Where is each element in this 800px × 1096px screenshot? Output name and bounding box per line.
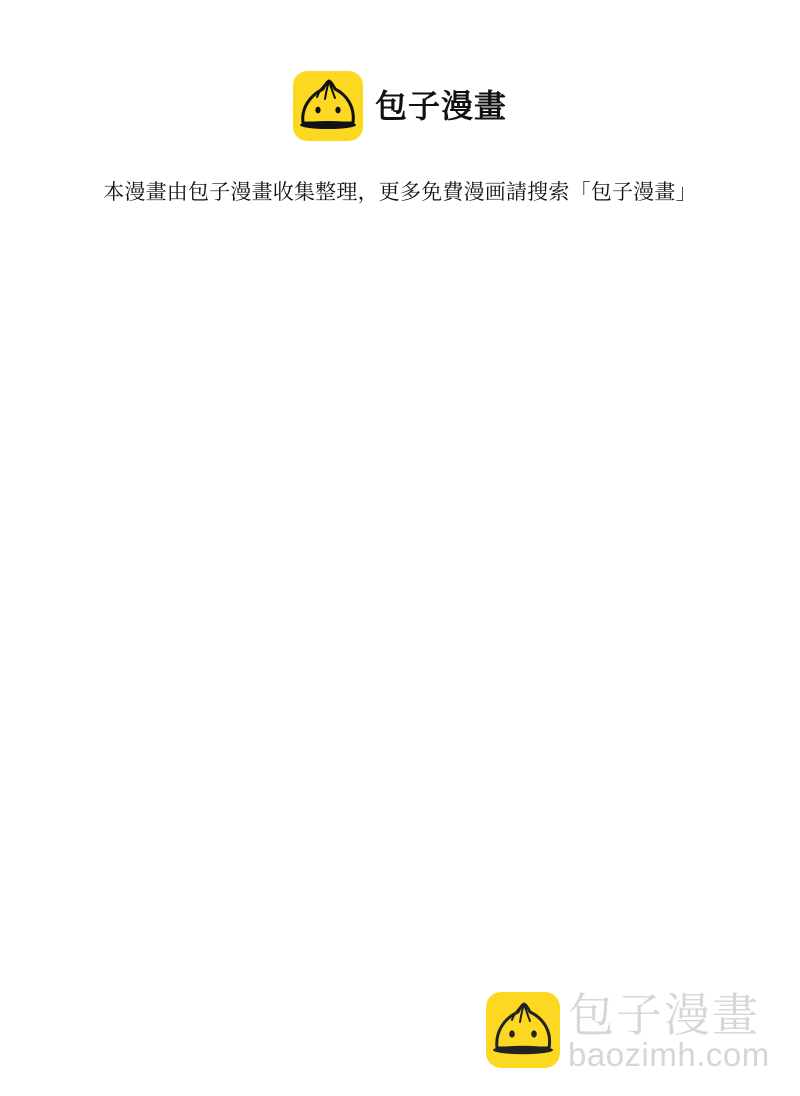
steamed-bun-icon: [293, 71, 363, 141]
watermark-text: 包子漫畫 baozimh.com: [568, 990, 770, 1070]
watermark-domain: baozimh.com: [568, 1040, 770, 1070]
brand-lockup: 包子漫畫: [293, 71, 507, 141]
watermark: 包子漫畫 baozimh.com: [486, 990, 786, 1070]
header: 包子漫畫: [0, 71, 800, 141]
steamed-bun-icon: [486, 992, 560, 1068]
watermark-brand-title: 包子漫畫: [568, 990, 760, 1040]
source-notice: 本漫畫由包子漫畫收集整理，更多免費漫画請搜索「包子漫畫」: [0, 179, 800, 205]
brand-title: 包子漫畫: [375, 90, 507, 122]
